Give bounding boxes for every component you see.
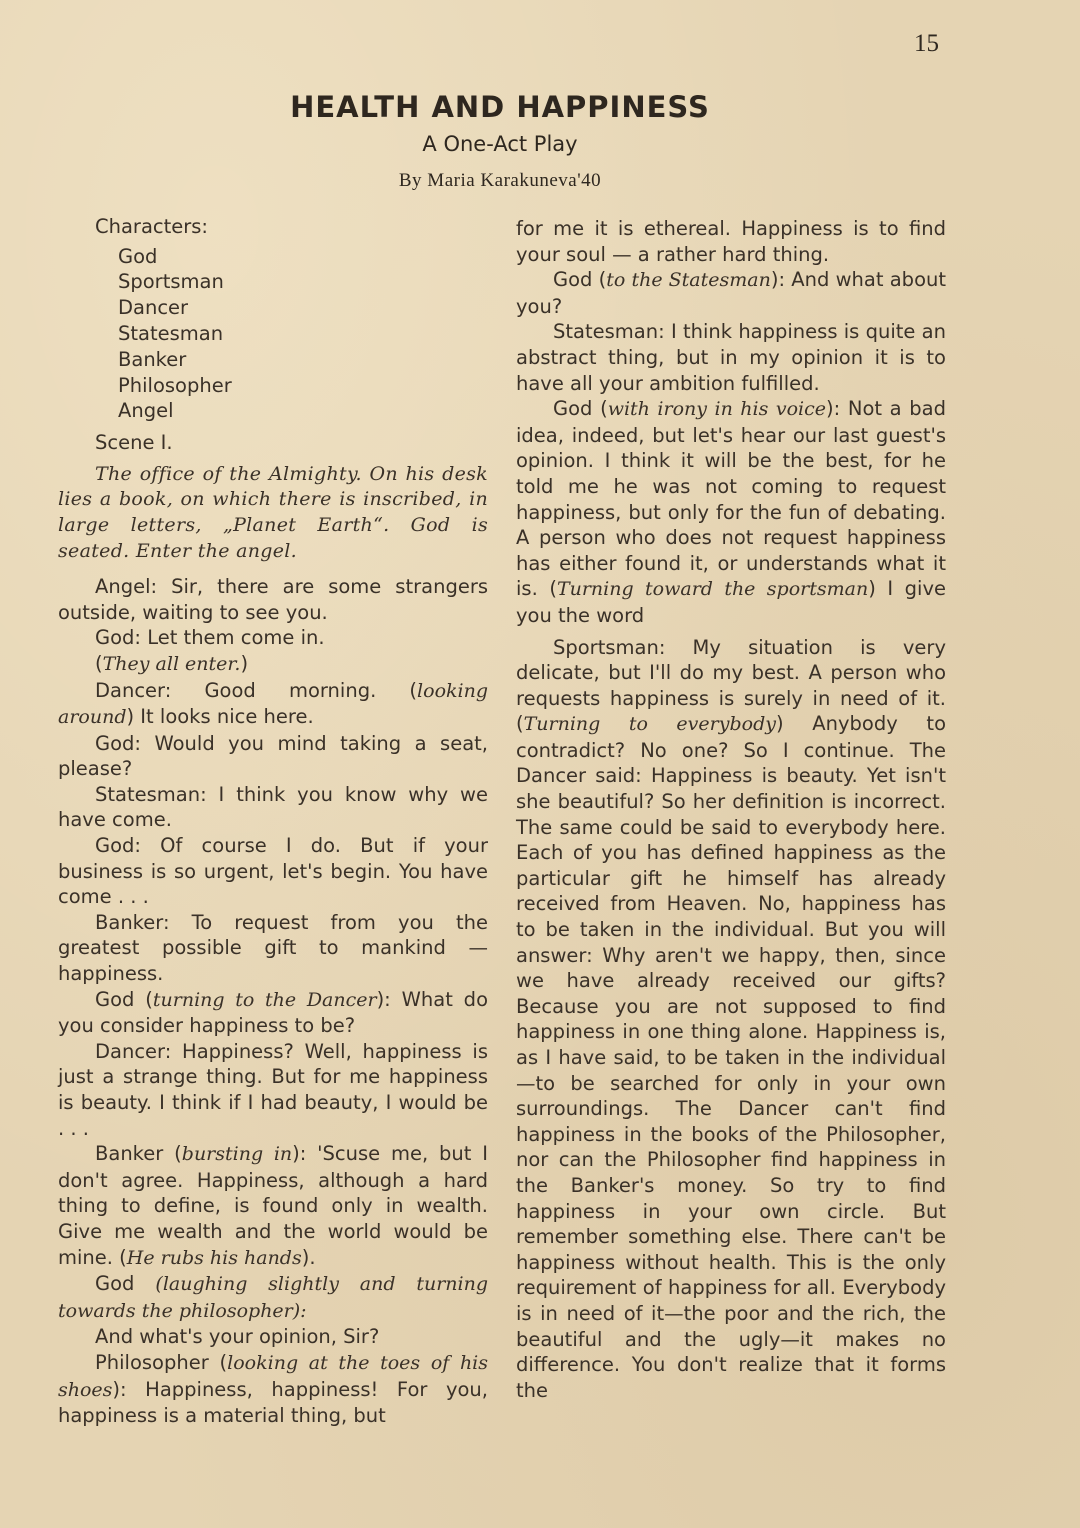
dialogue-line: God: Let them come in. xyxy=(58,625,488,651)
dialogue-line: God (turning to the Dancer): What do you… xyxy=(58,987,488,1039)
character-item: God xyxy=(118,244,488,270)
dialogue-line: Dancer: Good morning. (looking around) I… xyxy=(58,678,488,731)
article-subtitle: A One-Act Play xyxy=(0,132,1000,156)
dialogue-line: God (to the Statesman): And what about y… xyxy=(516,267,946,319)
dialogue-continuation: for me it is ethereal. Happiness is to f… xyxy=(516,216,946,267)
page-number: 15 xyxy=(914,30,939,58)
stage-direction: The office of the Almighty. On his desk … xyxy=(58,462,488,564)
character-item: Philosopher xyxy=(118,373,488,399)
dialogue-line: Dancer: Happiness? Well, happiness is ju… xyxy=(58,1039,488,1141)
characters-list: God Sportsman Dancer Statesman Banker Ph… xyxy=(58,244,488,425)
dialogue-line: God (with irony in his voice): Not a bad… xyxy=(516,396,946,628)
left-column: Characters: God Sportsman Dancer Statesm… xyxy=(58,214,488,1429)
right-column: for me it is ethereal. Happiness is to f… xyxy=(516,216,946,1403)
characters-heading: Characters: xyxy=(95,214,488,240)
byline: By Maria Karakuneva'40 xyxy=(0,170,1000,192)
character-item: Sportsman xyxy=(118,269,488,295)
dialogue-line: And what's your opinion, Sir? xyxy=(58,1324,488,1350)
dialogue-line: God: Would you mind taking a seat, pleas… xyxy=(58,731,488,782)
dialogue-line: God (laughing slightly and turning towar… xyxy=(58,1271,488,1324)
scene-heading: Scene I. xyxy=(95,430,488,456)
dialogue-line: Statesman: I think happiness is quite an… xyxy=(516,319,946,396)
dialogue-line: Banker: To request from you the greatest… xyxy=(58,910,488,987)
dialogue-line: God: Of course I do. But if your busines… xyxy=(58,833,488,910)
dialogue-line: Sportsman: My situation is very delicate… xyxy=(516,635,946,1404)
dialogue-line: Statesman: I think you know why we have … xyxy=(58,782,488,833)
character-item: Angel xyxy=(118,398,488,424)
dialogue-line: Banker (bursting in): 'Scuse me, but I d… xyxy=(58,1141,488,1271)
dialogue-line: Angel: Sir, there are some strangers out… xyxy=(58,574,488,625)
character-item: Statesman xyxy=(118,321,488,347)
article-title: HEALTH AND HAPPINESS xyxy=(0,90,1000,124)
dialogue-line: (They all enter.) xyxy=(58,651,488,678)
character-item: Dancer xyxy=(118,295,488,321)
dialogue-line: Philosopher (looking at the toes of his … xyxy=(58,1350,488,1429)
character-item: Banker xyxy=(118,347,488,373)
